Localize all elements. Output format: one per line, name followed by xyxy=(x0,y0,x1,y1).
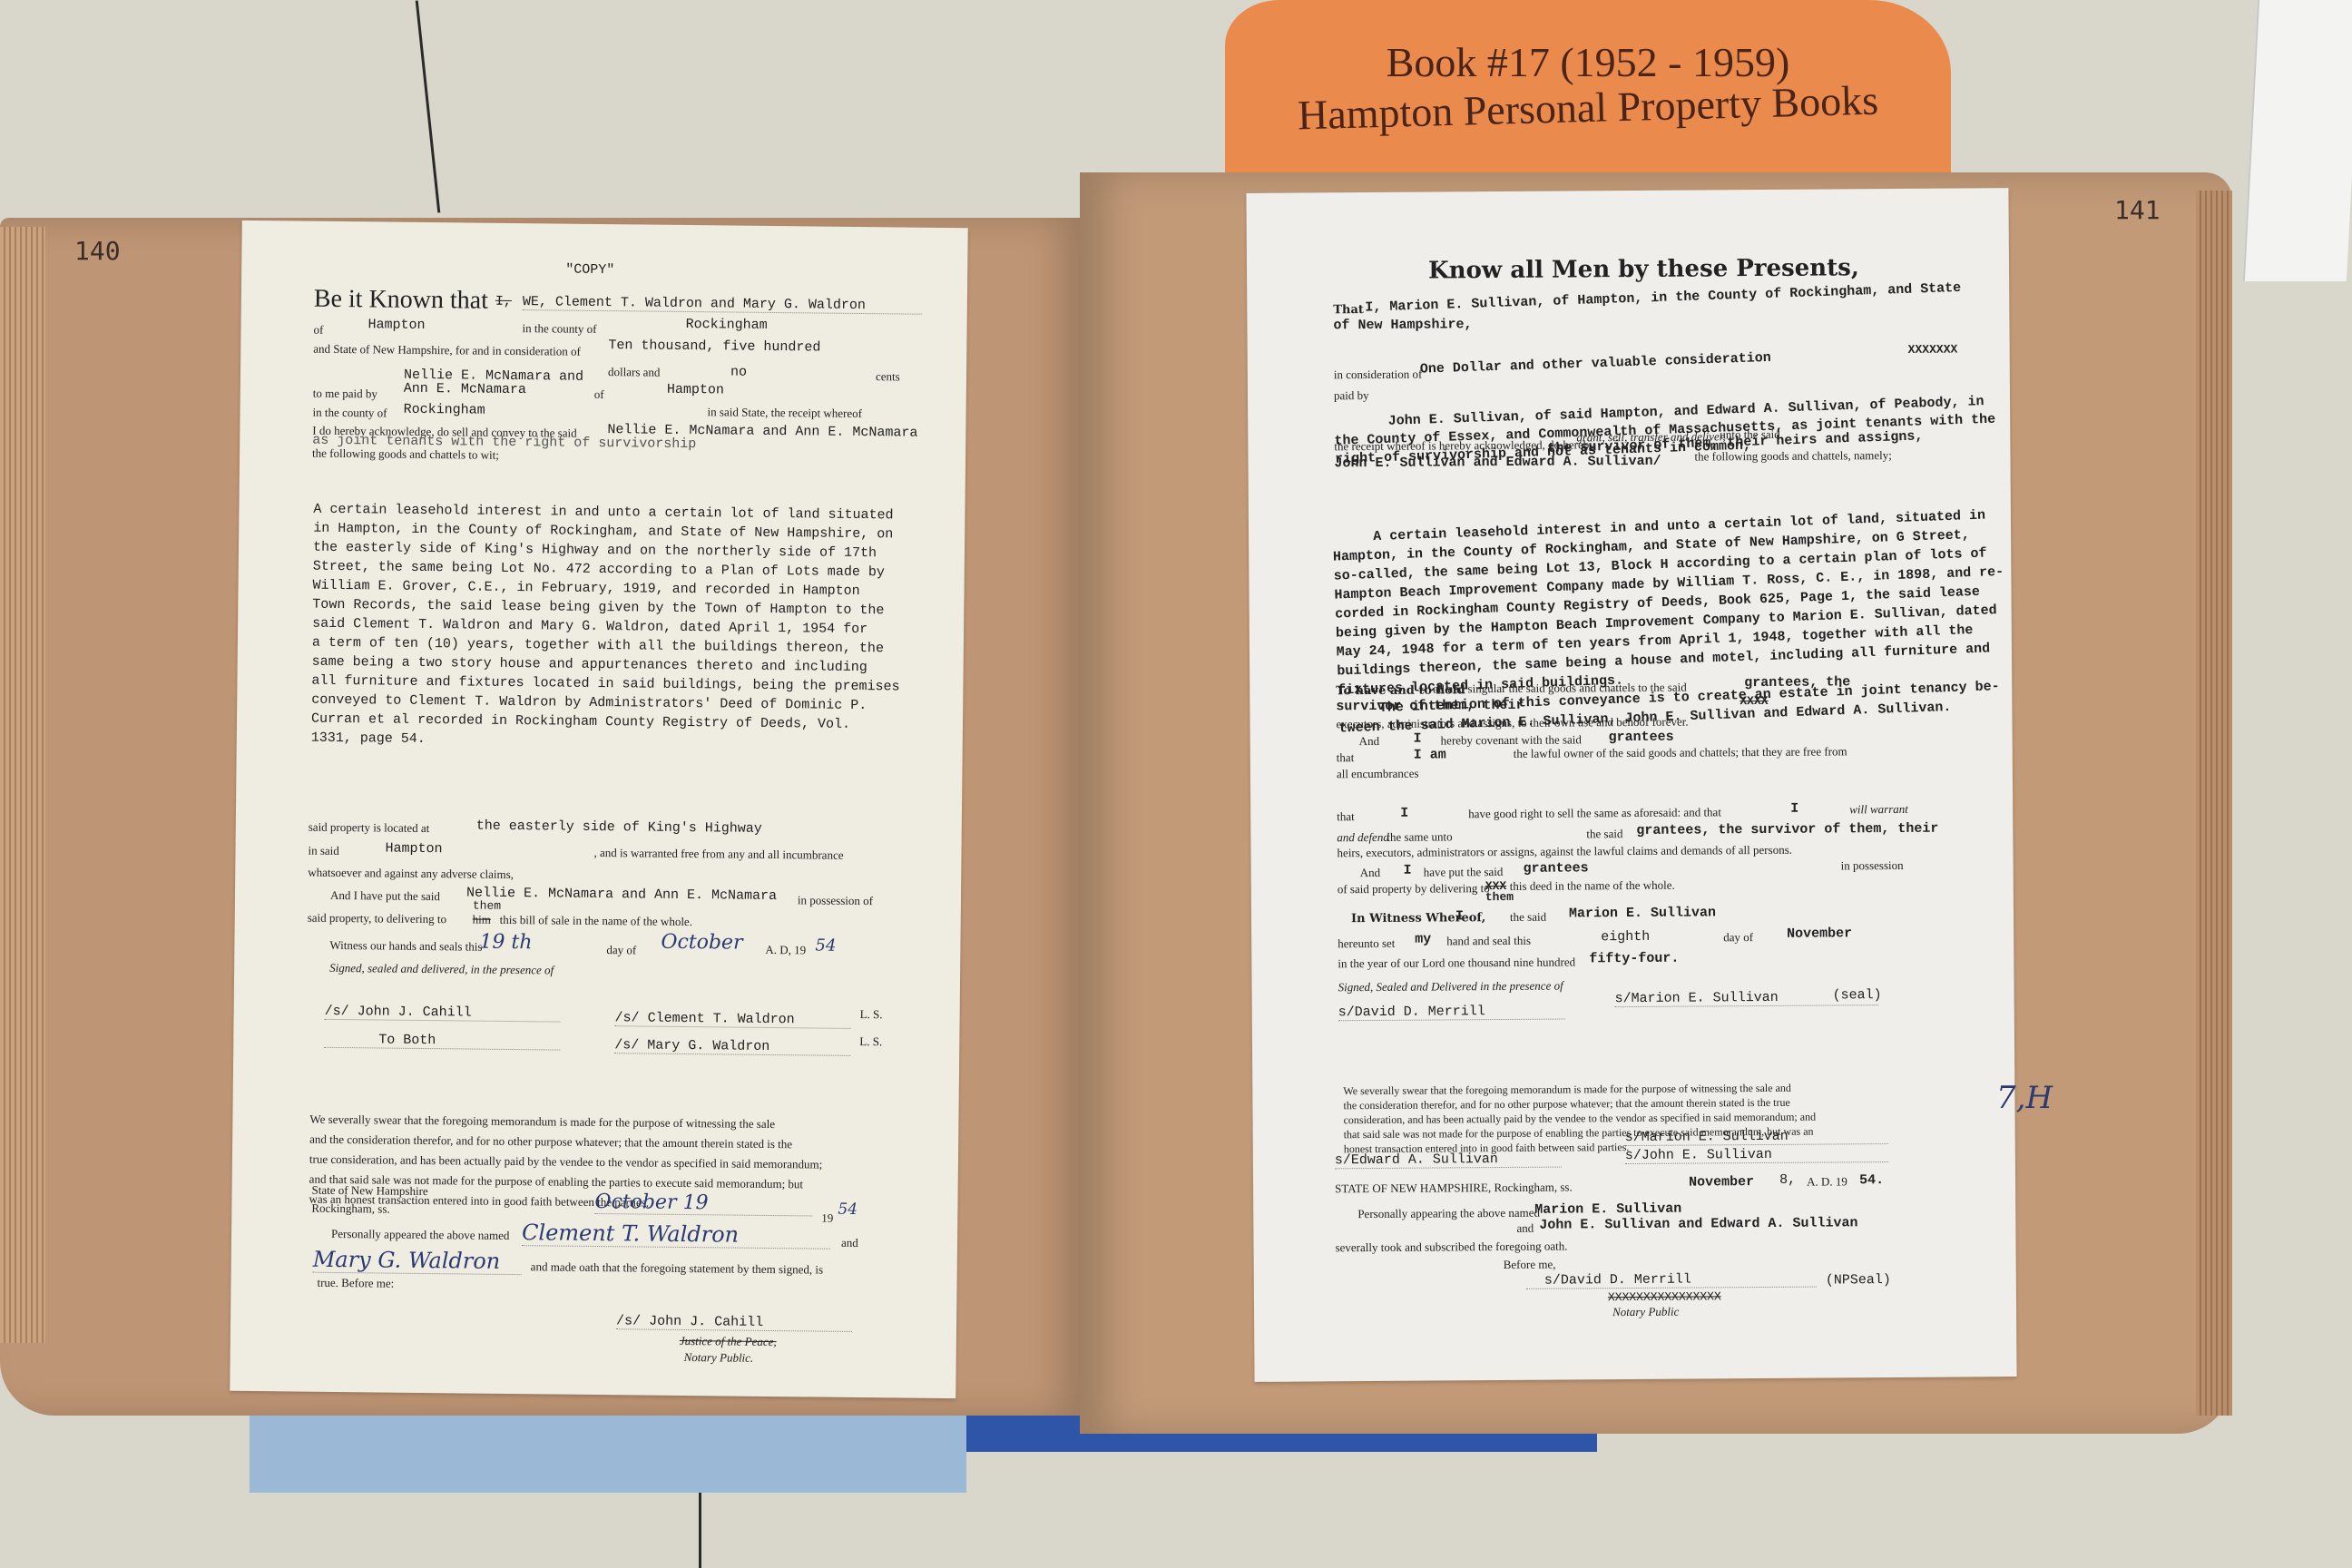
label: severally took and subscribed the forego… xyxy=(1335,1240,1567,1256)
table-seam xyxy=(416,0,441,212)
owner-statement: I am xyxy=(1414,747,1446,762)
label: whatsoever and against any adverse claim… xyxy=(308,866,514,882)
label: in the year of our Lord one thousand nin… xyxy=(1338,955,1575,971)
struck-text: I, xyxy=(495,294,512,309)
grantor-town: Hampton xyxy=(367,317,425,333)
label: day of xyxy=(606,943,636,957)
witness-month: October xyxy=(661,931,742,955)
label: And xyxy=(1359,734,1380,749)
label: , and is warranted free from any and all… xyxy=(593,846,843,863)
label: STATE OF NEW HAMPSHIRE, Rockingham, ss. xyxy=(1335,1180,1573,1196)
appeared-name-1: Clement T. Waldron xyxy=(522,1220,830,1249)
label: the same unto xyxy=(1387,829,1452,845)
bill-of-sale-document: "COPY" Be it Known that I, WE, Clement T… xyxy=(230,220,967,1398)
grantees: grantees xyxy=(1524,860,1589,877)
grantees-survivor: survivor of them, their xyxy=(1336,698,1524,714)
appeared-name-2: Mary G. Waldron xyxy=(313,1247,522,1275)
table-seam xyxy=(699,1488,701,1568)
property-location: the easterly side of King's Highway xyxy=(476,818,762,837)
witness-signature: s/David D. Merrill xyxy=(1338,1004,1565,1022)
cents-value: no xyxy=(730,364,747,379)
oath-signature-3: s/John E. Sullivan xyxy=(1625,1146,1888,1164)
label: all and singular the said goods and chat… xyxy=(1433,681,1687,697)
oath-month: November xyxy=(1689,1174,1754,1191)
label: my xyxy=(1415,932,1431,947)
label: day of xyxy=(1723,930,1753,945)
grantees: John E. Sullivan and Edward A. Sullivan/ xyxy=(1334,454,1661,472)
grantor-i: I xyxy=(1455,908,1464,924)
grantee-line2: Ann E. McNamara xyxy=(404,381,526,397)
label: in possession xyxy=(1841,858,1904,873)
oath-year: 54. xyxy=(1859,1172,1884,1188)
label: that xyxy=(1337,750,1355,765)
possession-names: Nellie E. McNamara and Ann E. McNamara xyxy=(466,885,777,904)
struck-text: him xyxy=(473,913,491,927)
label: hereunto set xyxy=(1338,936,1395,951)
grantors: WE, Clement T. Waldron and Mary G. Waldr… xyxy=(523,294,922,315)
label: will warrant xyxy=(1849,802,1908,817)
label: That xyxy=(1333,303,1364,317)
label: said property is located at xyxy=(309,820,430,836)
label: Witness our hands and seals this xyxy=(329,938,482,955)
label: and xyxy=(841,1236,858,1250)
label: and State of New Hampshire, for and in c… xyxy=(313,342,581,359)
witness-signature: /s/ John J. Cahill xyxy=(325,1004,561,1023)
grantor: I, Marion E. Sullivan, of Hampton, in th… xyxy=(1365,280,1961,316)
struck-text: XXXX xyxy=(1739,694,1768,708)
label: in the county of xyxy=(522,321,596,337)
to-both: To Both xyxy=(324,1032,560,1051)
property-description: A certain leasehold interest in and unto… xyxy=(310,462,902,792)
label: And xyxy=(1360,866,1381,880)
oath-year: 54 xyxy=(838,1200,857,1219)
label: the lawful owner of the said goods and c… xyxy=(1514,744,1847,761)
label: to me paid by xyxy=(313,387,377,402)
appearing-name-1: Marion E. Sullivan xyxy=(1534,1201,1681,1218)
witness-day: 19 th xyxy=(479,931,532,955)
grantor-signature-2: /s/ Mary G. Waldron xyxy=(614,1037,850,1056)
label: In Witness Whereof, xyxy=(1351,911,1485,926)
grantor-county: Rockingham xyxy=(686,317,768,333)
label: of xyxy=(313,323,323,338)
label: A. D. 19 xyxy=(1807,1174,1847,1189)
label: this deed in the name of the whole. xyxy=(1510,878,1675,894)
grantees-survivor: grantees, the survivor of them, their xyxy=(1636,821,1938,838)
label: hand and seal this xyxy=(1446,934,1531,949)
label: in said xyxy=(308,844,338,858)
label: that xyxy=(1337,809,1355,824)
covenantor: I xyxy=(1414,731,1422,747)
oath-signature-2: s/Edward A. Sullivan xyxy=(1335,1151,1562,1170)
label: cents xyxy=(876,369,900,384)
label: Signed, Sealed and Delivered in the pres… xyxy=(1338,979,1563,995)
notary-seal: (NPSeal) xyxy=(1826,1272,1891,1289)
label: have put the said xyxy=(1424,865,1504,880)
label: L. S. xyxy=(859,1034,882,1049)
oath-date: October 19 xyxy=(594,1191,812,1217)
grantee-county: Rockingham xyxy=(404,402,485,418)
label: the said xyxy=(1586,827,1622,841)
page-edges xyxy=(0,227,45,1343)
label: Personally appeared the above named xyxy=(331,1227,510,1243)
label: true. Before me: xyxy=(317,1276,394,1291)
seal: (seal) xyxy=(1833,987,1882,1003)
loose-paper xyxy=(2243,0,2352,281)
label: all encumbrances xyxy=(1337,767,1419,782)
grantees: grantees, the xyxy=(1744,674,1850,691)
oath-day: 8, xyxy=(1779,1172,1796,1188)
label: said property, to delivering to xyxy=(308,911,446,927)
label: the following goods and chattels to wit; xyxy=(312,446,499,463)
label: heirs, executors, administrators or assi… xyxy=(1337,843,1792,861)
deed-year: fifty-four. xyxy=(1589,951,1679,967)
deed-month: November xyxy=(1787,926,1852,942)
consideration-amount: Ten thousand, five hundred xyxy=(608,338,820,355)
label: in possession of xyxy=(798,893,873,908)
grantees: grantees xyxy=(1609,730,1674,746)
oath-signature-1: s/Marion E. Sullivan xyxy=(1625,1128,1888,1146)
label: of said property by delivering to xyxy=(1338,881,1490,897)
label: Before me, xyxy=(1504,1258,1556,1272)
label: this bill of sale in the name of the who… xyxy=(500,913,692,929)
notary-signature: s/David D. Merrill xyxy=(1526,1271,1817,1289)
struck-text: Justice of the Peace, xyxy=(680,1334,777,1349)
grantor-i: I xyxy=(1400,806,1408,821)
label: the following goods and chattels, namely… xyxy=(1694,448,1891,465)
copy-mark: "COPY" xyxy=(565,262,614,279)
deed-day: eighth xyxy=(1601,929,1650,945)
grantor-signature-1: /s/ Clement T. Waldron xyxy=(614,1010,850,1029)
struck-text: XXXXXXXXXXXXXXXX xyxy=(1608,1289,1721,1304)
label: have good right to sell the same as afor… xyxy=(1468,805,1721,821)
label: and made oath that the foregoing stateme… xyxy=(531,1259,824,1277)
label: and xyxy=(1516,1221,1534,1236)
appearing-names-2: John E. Sullivan and Edward A. Sullivan xyxy=(1539,1215,1857,1232)
label: in said State, the receipt whereof xyxy=(708,405,863,421)
label: and defend xyxy=(1337,830,1389,845)
label: dollars and xyxy=(608,365,661,380)
heading: Be it Known that xyxy=(314,285,488,316)
property-town: Hampton xyxy=(385,841,442,857)
page-number: 141 xyxy=(2114,195,2161,225)
label: Personally appearing the above named xyxy=(1357,1206,1540,1221)
page-number: 140 xyxy=(74,236,121,266)
label: And I have put the said xyxy=(330,888,440,904)
label: the said xyxy=(1510,910,1546,925)
notary-signature: /s/ John J. Cahill xyxy=(616,1313,852,1332)
grantor-name: Marion E. Sullivan xyxy=(1569,905,1716,921)
deed-document: Know all Men by these Presents, That I, … xyxy=(1246,188,2016,1382)
grantor-state: of New Hampshire, xyxy=(1333,317,1472,333)
struck-text: XXXXXXX xyxy=(1908,342,1958,356)
heading: Know all Men by these Presents, xyxy=(1428,254,1859,284)
grantee-town: Hampton xyxy=(667,382,724,398)
notary-title: Notary Public xyxy=(1612,1305,1679,1320)
label: Rockingham, ss. xyxy=(311,1201,389,1217)
label: State of New Hampshire xyxy=(312,1183,428,1199)
label: Signed, sealed and delivered, in the pre… xyxy=(329,961,554,978)
page-edges xyxy=(2196,191,2232,1416)
margin-note: 7,H xyxy=(1996,1080,2053,1116)
witness-year: 54 xyxy=(815,936,836,955)
grantor-i: I xyxy=(1404,863,1412,878)
label: in the county of xyxy=(312,406,387,421)
label: A. D, 19 xyxy=(765,943,806,957)
inserted-text: them xyxy=(473,899,501,913)
label: of xyxy=(594,387,604,402)
grantor-i: I xyxy=(1790,801,1798,817)
label: L. S. xyxy=(860,1007,883,1022)
notary-title: Notary Public. xyxy=(684,1350,754,1366)
